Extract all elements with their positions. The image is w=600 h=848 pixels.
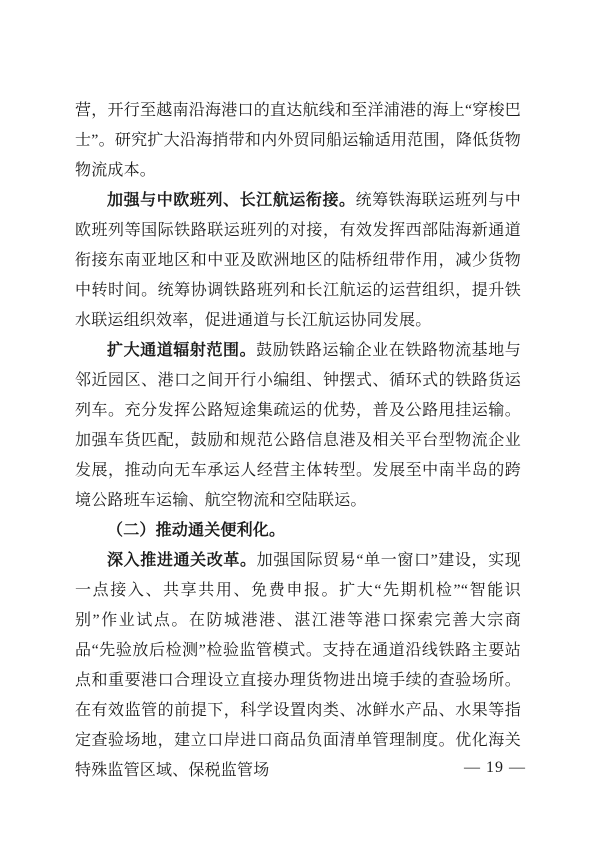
paragraph-text: 统筹铁海联运班列与中欧班列等国际铁路联运班列的对接，有效发挥西部陆海新通道衔接东…	[75, 192, 521, 329]
page-number: — 19 —	[464, 756, 526, 780]
document-body: 营，开行至越南沿海港口的直达航线和至洋浦港的海上“穿梭巴士”。研究扩大沿海捎带和…	[75, 96, 521, 786]
paragraph-corridor-coverage: 扩大通道辐射范围。鼓励铁路运输企业在铁路物流基地与邻近园区、港口之间开行小编组、…	[75, 336, 521, 516]
paragraph-lead: 扩大通道辐射范围。	[107, 342, 256, 359]
paragraph-text: 加强国际贸易“单一窗口”建设，实现一点接入、共享共用、免费申报。扩大“先期机检”…	[75, 552, 521, 779]
section-heading-text: （二）推动通关便利化。	[107, 522, 285, 539]
paragraph-rail-link: 加强与中欧班列、长江航运衔接。统筹铁海联运班列与中欧班列等国际铁路联运班列的对接…	[75, 186, 521, 336]
paragraph-continuation: 营，开行至越南沿海港口的直达航线和至洋浦港的海上“穿梭巴士”。研究扩大沿海捎带和…	[75, 96, 521, 186]
paragraph-customs-reform: 深入推进通关改革。加强国际贸易“单一窗口”建设，实现一点接入、共享共用、免费申报…	[75, 546, 521, 786]
paragraph-lead: 深入推进通关改革。	[107, 552, 257, 569]
section-heading-customs-facilitation: （二）推动通关便利化。	[75, 516, 521, 546]
paragraph-text: 鼓励铁路运输企业在铁路物流基地与邻近园区、港口之间开行小编组、钟摆式、循环式的铁…	[75, 342, 521, 509]
paragraph-lead: 加强与中欧班列、长江航运衔接。	[107, 192, 356, 209]
document-page: 营，开行至越南沿海港口的直达航线和至洋浦港的海上“穿梭巴士”。研究扩大沿海捎带和…	[0, 0, 600, 848]
paragraph-text: 营，开行至越南沿海港口的直达航线和至洋浦港的海上“穿梭巴士”。研究扩大沿海捎带和…	[75, 102, 521, 179]
